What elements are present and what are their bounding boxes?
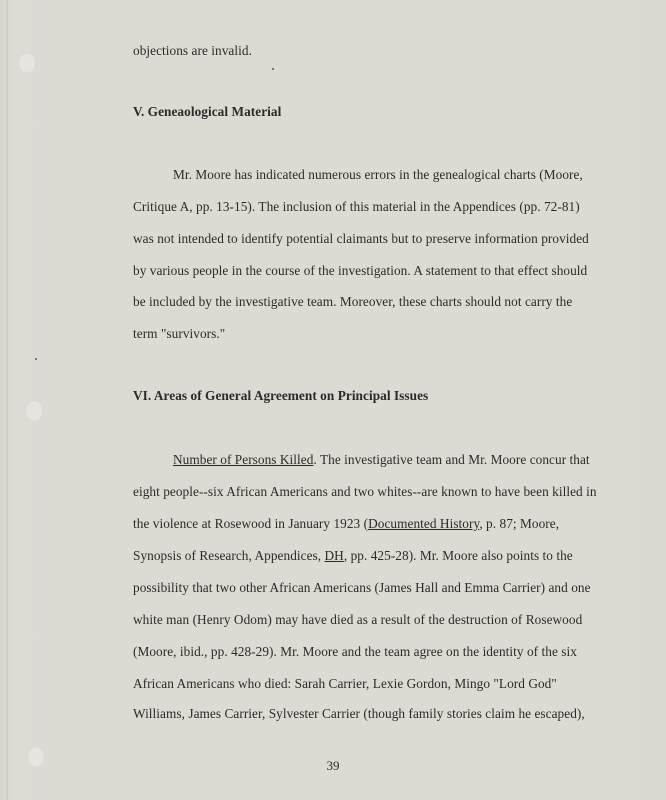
text-span: , p. 87; Moore, bbox=[479, 516, 559, 531]
text-line: by various people in the course of the i… bbox=[133, 263, 587, 279]
punch-hole-top bbox=[18, 52, 36, 74]
text-line: was not intended to identify potential c… bbox=[133, 231, 589, 247]
scan-speck bbox=[35, 358, 37, 360]
text-line: Williams, James Carrier, Sylvester Carri… bbox=[133, 706, 585, 722]
text-line: the violence at Rosewood in January 1923… bbox=[133, 516, 559, 532]
text-line: objections are invalid. bbox=[133, 43, 252, 59]
text-line: Mr. Moore has indicated numerous errors … bbox=[173, 167, 583, 183]
text-line: be included by the investigative team. M… bbox=[133, 294, 572, 310]
text-line: Critique A, pp. 13-15). The inclusion of… bbox=[133, 199, 580, 215]
scan-speck bbox=[272, 68, 274, 70]
text-line: eight people--six African Americans and … bbox=[133, 484, 597, 500]
page-number: 39 bbox=[0, 758, 666, 774]
punch-hole-middle bbox=[25, 400, 43, 422]
text-line: term "survivors." bbox=[133, 326, 225, 342]
text-line: (Moore, ibid., pp. 428-29). Mr. Moore an… bbox=[133, 644, 577, 660]
text-span: the violence at Rosewood in January 1923… bbox=[133, 516, 368, 531]
citation-documented-history: Documented History bbox=[368, 516, 479, 531]
text-span: , pp. 425-28). Mr. Moore also points to … bbox=[344, 548, 573, 563]
text-span: . The investigative team and Mr. Moore c… bbox=[313, 452, 589, 467]
scanned-page: objections are invalid. V. Geneaological… bbox=[0, 0, 666, 800]
subheading-number-of-persons-killed: Number of Persons Killed bbox=[173, 452, 313, 467]
text-line: African Americans who died: Sarah Carrie… bbox=[133, 676, 557, 692]
section-heading-v: V. Geneaological Material bbox=[133, 104, 281, 120]
text-line: white man (Henry Odom) may have died as … bbox=[133, 612, 582, 628]
section-heading-vi: VI. Areas of General Agreement on Princi… bbox=[133, 388, 428, 404]
text-span: Synopsis of Research, Appendices, bbox=[133, 548, 325, 563]
text-line: Number of Persons Killed. The investigat… bbox=[173, 452, 590, 468]
page-edge bbox=[6, 0, 8, 800]
text-line: Synopsis of Research, Appendices, DH, pp… bbox=[133, 548, 573, 564]
text-line: possibility that two other African Ameri… bbox=[133, 580, 591, 596]
citation-dh: DH bbox=[325, 548, 344, 563]
